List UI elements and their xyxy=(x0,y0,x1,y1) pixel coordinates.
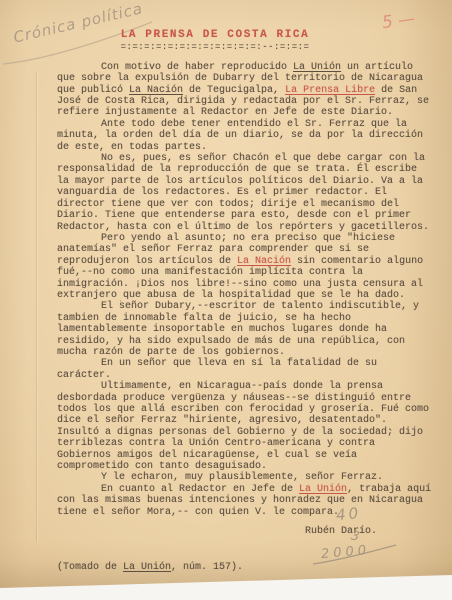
text-segment: (Tomado de xyxy=(57,562,123,573)
typed-document: LA PRENSA DE COSTA RICA =:=:=:=:=:=:=:=:… xyxy=(57,30,433,574)
text-segment: , núm. 157). xyxy=(171,562,243,573)
highlighted-segment: La Nación xyxy=(129,85,183,96)
highlighted-segment: La Nación xyxy=(237,256,291,267)
paragraph: En cuanto al Redactor en Jefe de La Unió… xyxy=(57,484,433,518)
paragraph: Ante todo debe tener entendido el Sr. Fe… xyxy=(57,119,433,153)
scanned-document-page: { "colors": { "paper": "#ecd2a8", "ink":… xyxy=(0,0,452,600)
document-body: Con motivo de haber reproducido La Unión… xyxy=(57,62,433,518)
highlighted-segment: La Unión xyxy=(293,62,341,73)
paragraph: En un señor que lleva en sí la fatalidad… xyxy=(57,358,433,381)
paper-crease-line xyxy=(36,72,37,542)
title-separator: =:=:=:=:=:=:=:=:=:=:=:=:--:=:=:= xyxy=(27,42,403,53)
text-segment: Y le echaron, muy plausiblemente, señor … xyxy=(101,472,383,483)
handwritten-number-40: 40 xyxy=(335,504,362,525)
text-segment: El señor Dubary,--escritor de talento in… xyxy=(57,301,419,358)
pencil-strike-line xyxy=(310,540,400,568)
text-segment: de Tegucigalpa, xyxy=(183,85,285,96)
text-segment: En un señor que lleva en sí la fatalidad… xyxy=(57,358,377,380)
text-segment: Ultimamente, en Nicaragua--país donde la… xyxy=(57,381,429,472)
highlighted-segment: La Prensa Libre xyxy=(285,85,375,96)
paragraph: Pero yendo al asunto; no era preciso que… xyxy=(57,233,433,301)
text-segment: En cuanto al Redactor en Jefe de xyxy=(101,484,299,495)
text-segment: No es, pues, es señor Chacón el que debe… xyxy=(57,153,429,232)
highlighted-segment: La Unión xyxy=(123,562,171,573)
paragraph: Y le echaron, muy plausiblemente, señor … xyxy=(57,472,433,483)
paragraph: Con motivo de haber reproducido La Unión… xyxy=(57,62,433,119)
paragraph: Ultimamente, en Nicaragua--país donde la… xyxy=(57,381,433,472)
text-segment: Con motivo de haber reproducido xyxy=(101,62,293,73)
document-title: LA PRENSA DE COSTA RICA xyxy=(27,30,403,41)
highlighted-segment: La Unión xyxy=(299,484,347,495)
signature: Rubén Darío. xyxy=(305,526,433,537)
paragraph: El señor Dubary,--escritor de talento in… xyxy=(57,301,433,358)
paragraph: No es, pues, es señor Chacón el que debe… xyxy=(57,153,433,233)
text-segment: Ante todo debe tener entendido el Sr. Fe… xyxy=(57,119,423,153)
